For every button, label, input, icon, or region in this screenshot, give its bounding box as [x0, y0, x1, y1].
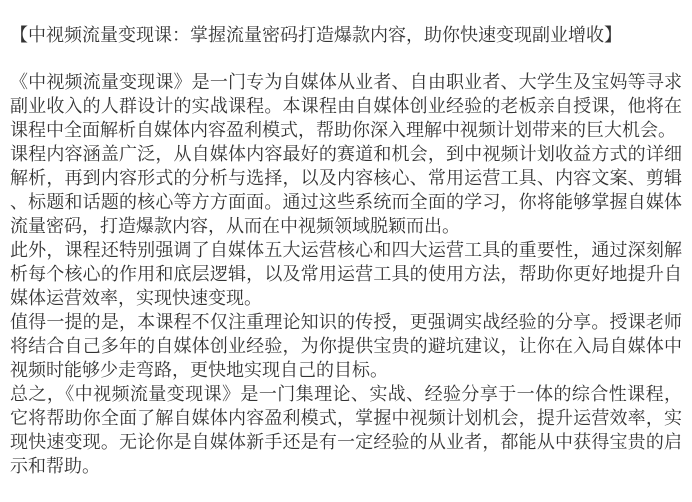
paragraph-course-intro: 《中视频流量变现课》是一门专为自媒体从业者、自由职业者、大学生及宝妈等寻求副业收…: [10, 70, 682, 142]
paragraph-practical-experience: 值得一提的是，本课程不仅注重理论知识的传授，更强调实战经验的分享。授课老师将结合…: [10, 310, 682, 382]
article-body: 《中视频流量变现课》是一门专为自媒体从业者、自由职业者、大学生及宝妈等寻求副业收…: [10, 70, 682, 478]
paragraph-operation-cores: 此外，课程还特别强调了自媒体五大运营核心和四大运营工具的重要性，通过深刻解析每个…: [10, 238, 682, 310]
paragraph-course-content: 课程内容涵盖广泛，从自媒体内容最好的赛道和机会，到中视频计划收益方式的详细解析，…: [10, 142, 682, 238]
course-description-page: 【中视频流量变现课：掌握流量密码打造爆款内容，助你快速变现副业增收】 《中视频流…: [0, 0, 692, 502]
article-title: 【中视频流量变现课：掌握流量密码打造爆款内容，助你快速变现副业增收】: [10, 23, 682, 47]
paragraph-summary: 总之，《中视频流量变现课》是一门集理论、实战、经验分享于一体的综合性课程，它将帮…: [10, 382, 682, 478]
